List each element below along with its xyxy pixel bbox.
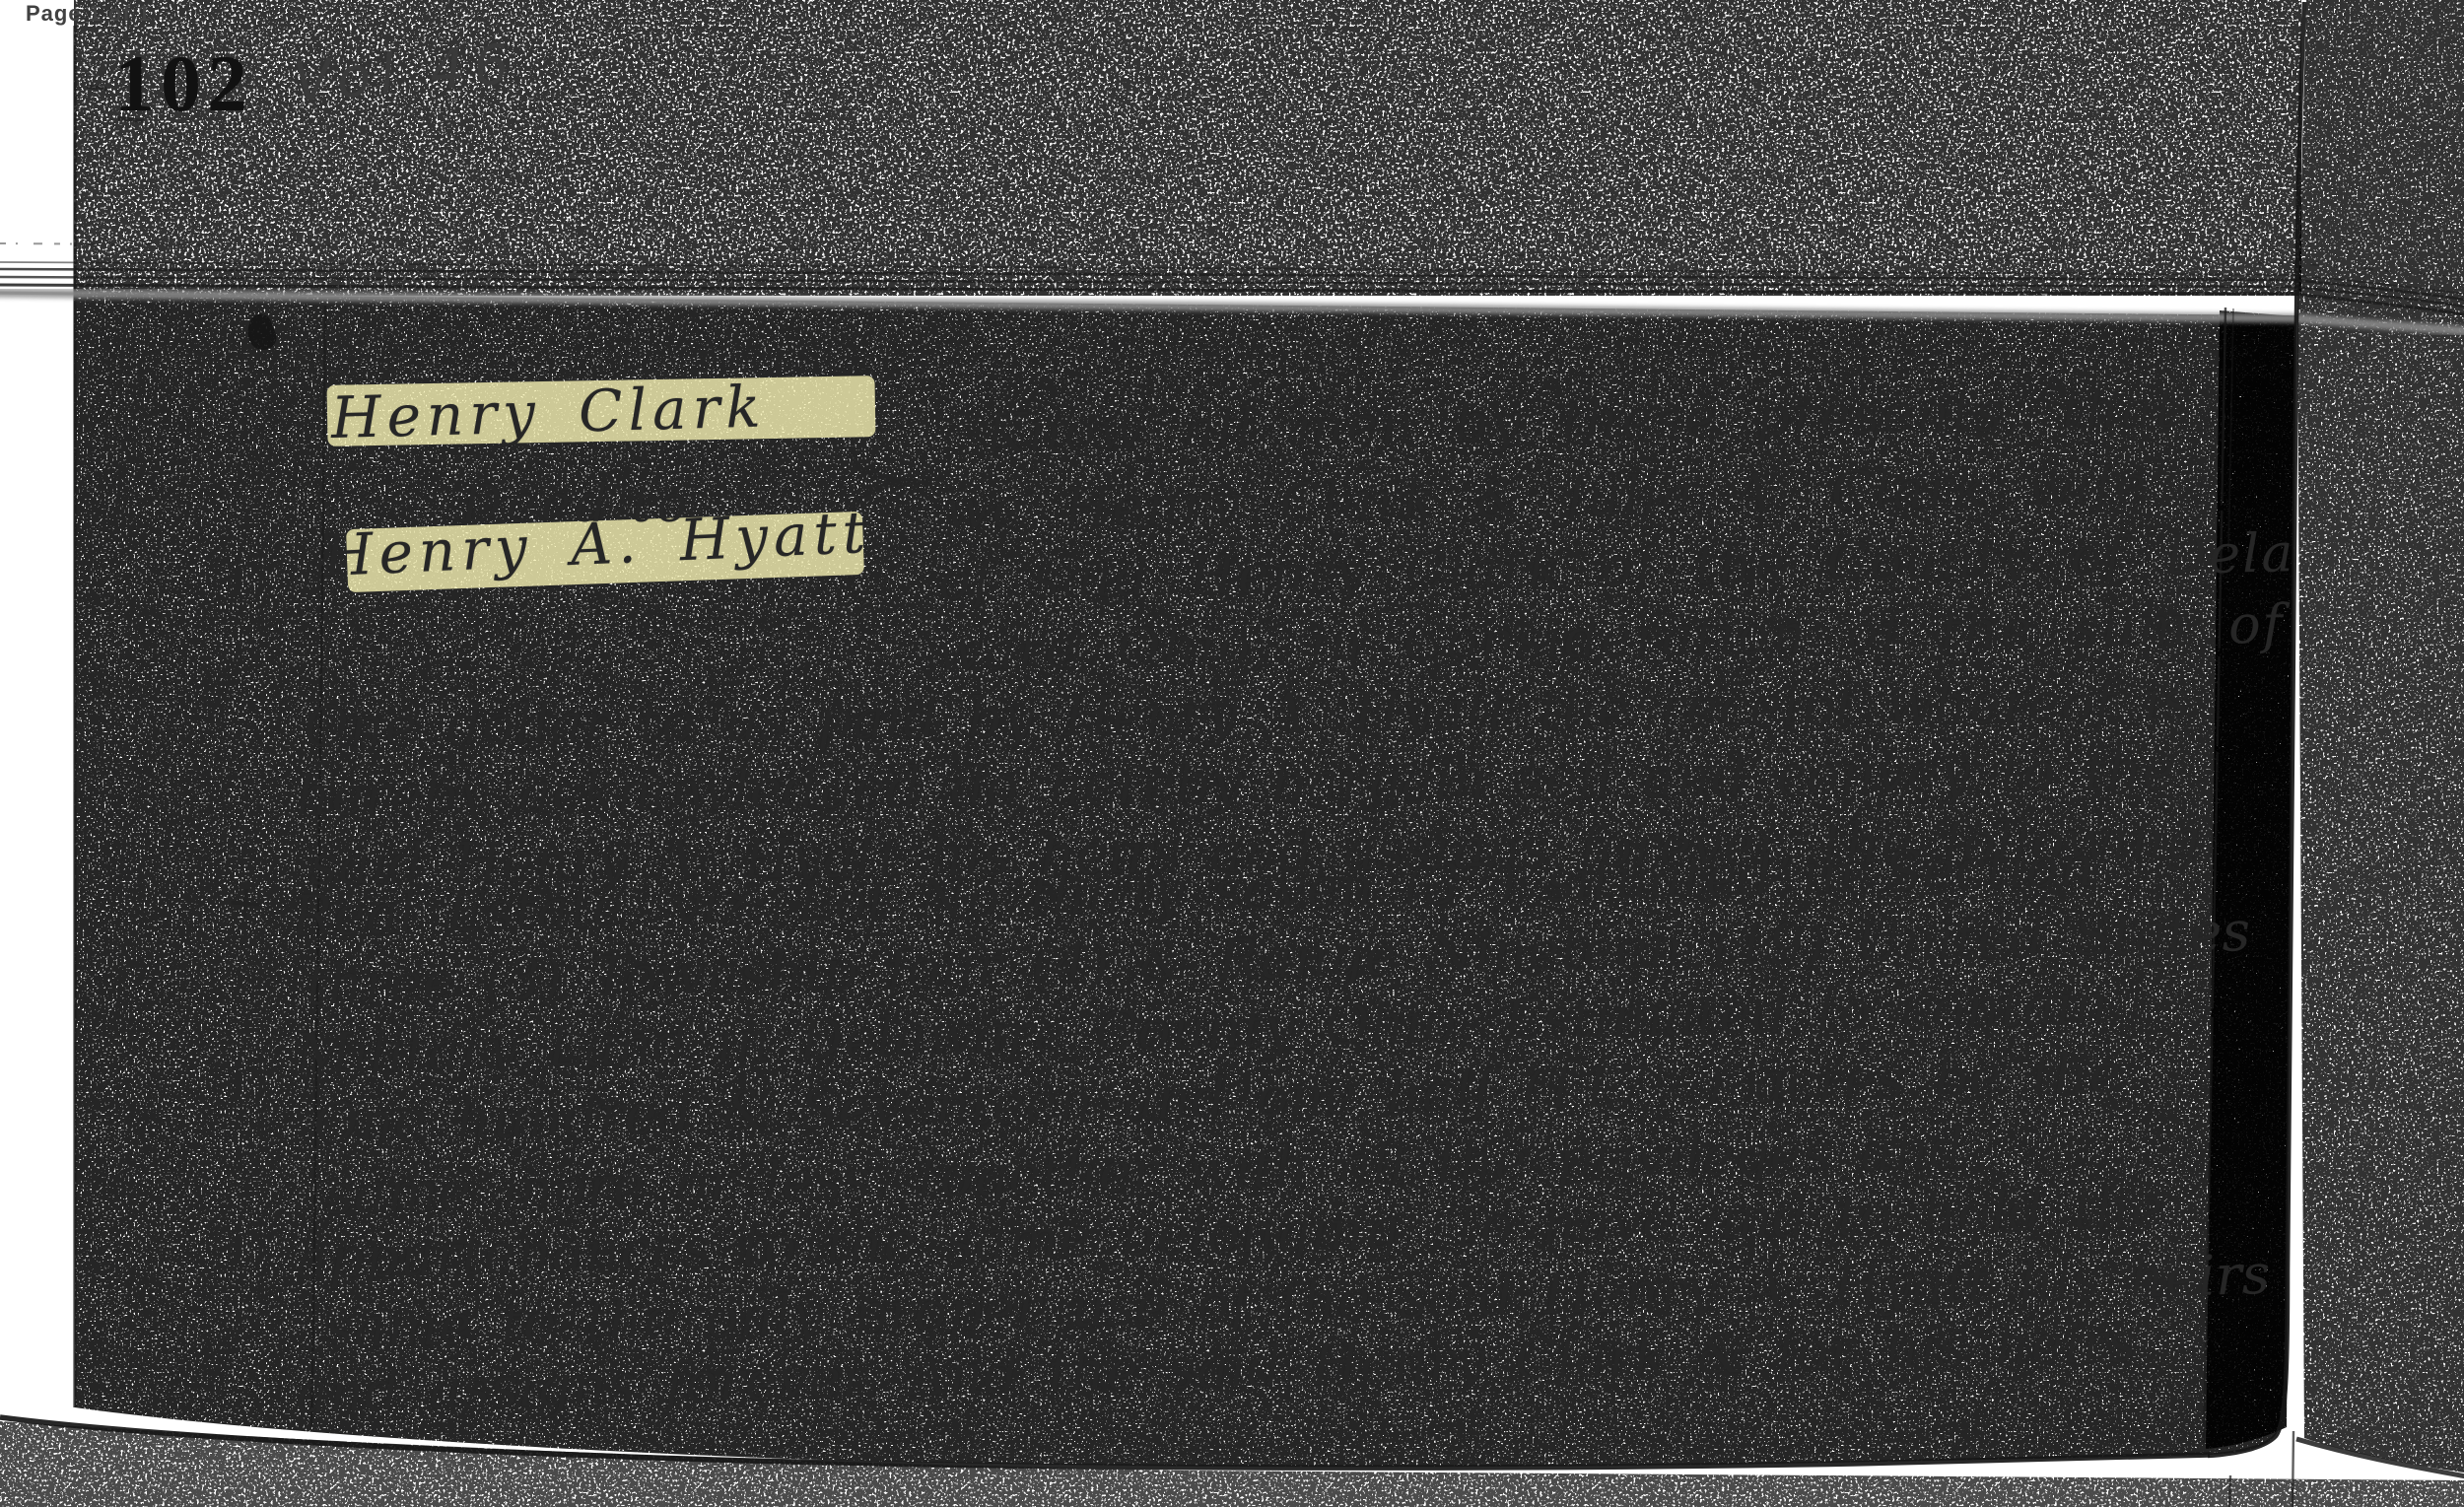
page-indicator: Page 1 of 1 (26, 1, 151, 27)
margin-plus-mark: + (225, 874, 266, 930)
left-fold-line (74, 26, 75, 1407)
caption-grantor: Henry Clark (330, 373, 767, 451)
scanned-deed-page: Page 1 of 1 102 Vol 46 Henry Clark Deed … (0, 0, 2464, 1507)
page-number: 102 (114, 37, 253, 130)
